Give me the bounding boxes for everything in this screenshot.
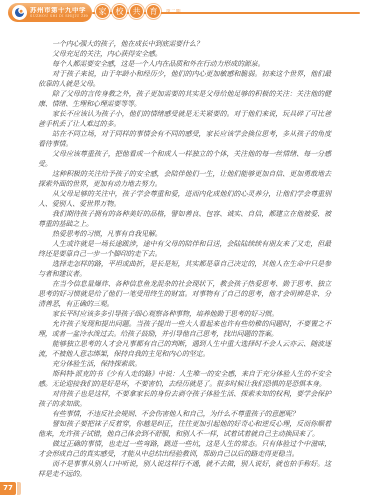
- school-logo-icon: [12, 5, 27, 20]
- article-paragraph: 对待孩子也是这样，不要拿家长的身份去剥夺孩子体验生活、探索未知的权利，要学会保护…: [38, 389, 331, 409]
- page-number-tab: 77: [0, 482, 21, 495]
- article-paragraph: 父母充足的关注，内心获得安全感。: [38, 49, 331, 59]
- article-paragraph: 我们期待孩子拥有的各种美好的品格，譬如善良、包容、诚实、自信，都建立在他被爱、被…: [38, 209, 331, 229]
- article-paragraph: 每个人都需要安全感，这是一个人内在品质和外在行动力形成的源泉。: [38, 59, 331, 69]
- header-motto-badges: 家校共育: [95, 4, 161, 19]
- article-paragraph: 斯科特·派克的书《少有人走的路》中说：人生唯一的安全感，来自于充分体验人生的不安…: [38, 369, 331, 389]
- motto-badge: 校: [112, 4, 127, 19]
- article-paragraph: 家长平时应该多多引导孩子细心观察各种事物，培养他勤于思考的好习惯。: [38, 309, 331, 319]
- article-paragraph: 譬如孩子要把袜子反着穿，你越是纠正，往往更加引起他的好奇心和逆反心理，反而你顺着…: [38, 419, 331, 439]
- article-paragraph: 而不是事事从别人口中听说，别人说这样行不通，就不去做，别人说好，就也拍手称好。这…: [38, 459, 331, 479]
- article-paragraph: 对于孩子来说，由于年龄小和经历少，他们的内心更加敏感和脆弱。初来这个世界，他们最…: [38, 69, 331, 89]
- header-school-banner: 苏州市第十九中学 SUZHOU SHI DI SHIJIU ZHONGXUE: [8, 3, 92, 22]
- article-body: 一个内心强大的孩子，他在成长中到底需要什么？父母充足的关注，内心获得安全感。每个…: [38, 39, 331, 479]
- motto-badge: 共: [129, 4, 144, 19]
- school-name-block: 苏州市第十九中学 SUZHOU SHI DI SHIJIU ZHONGXUE: [30, 7, 88, 19]
- article-paragraph: 选择走怎样的路，平坦或曲折，是长是短，其实都是靠自己决定的，其他人在生命中只是参…: [38, 259, 331, 279]
- motto-badge: 育: [146, 4, 161, 19]
- article-paragraph: 能够独立思考的人才会凡事都有自己的判断，遇到人生中重大选择时不会人云亦云、随波逐…: [38, 339, 331, 359]
- school-name-pinyin: SUZHOU SHI DI SHIJIU ZHONGXUE: [30, 15, 88, 19]
- article-paragraph: 人生或许就是一场长途跋涉，途中有父母的陪伴和目送，会陆陆续续有朋友来了又走，但最…: [38, 239, 331, 259]
- article-paragraph: 一个内心强大的孩子，他在成长中到底需要什么？: [38, 39, 331, 49]
- issue-label: 第二期: [166, 9, 181, 15]
- article-paragraph: 允许孩子发现和提出问题。当孩子提出一些大人看起来也许有些幼稚的问题时，不要置之不…: [38, 319, 331, 339]
- article-paragraph: 站在不同立场，对于同样的事情会有不同的感受，家长应该学会换位思考，多从孩子的角度…: [38, 129, 331, 149]
- article-paragraph: 父母应该尊重孩子，把他看成一个和成人一样独立的个体，关注他的每一丝情绪、每一分感…: [38, 149, 331, 169]
- article-paragraph: 这种积极的关注给予孩子的安全感，会陪伴他们一生，让他们能够更加自信、更加勇敢地去…: [38, 169, 331, 189]
- motto-badge: 家: [95, 4, 110, 19]
- book-page: 苏州市第十九中学 SUZHOU SHI DI SHIJIU ZHONGXUE 家…: [0, 0, 368, 500]
- article-paragraph: 做过正确的事情，也走过一些弯路，跳进一些坑，这是人生的常态。只有体验过个中滋味，…: [38, 439, 331, 459]
- article-paragraph: 热爱思考的习惯，凡事有自我见解。: [38, 229, 331, 239]
- article-paragraph: 家长不应该认为孩子小，他们的情绪感受就是无关紧要的。对于他们来说，玩具碎了可比爸…: [38, 109, 331, 129]
- page-tab-fold: [17, 482, 21, 495]
- page-number: 77: [0, 482, 16, 495]
- article-paragraph: 从父母足够的关注中，孩子学会尊重和爱，进而内化成他们的心灵养分，让他们学会尊重别…: [38, 189, 331, 209]
- school-name: 苏州市第十九中学: [30, 7, 88, 14]
- article-paragraph: 充分体验生活，保持探索欲。: [38, 359, 331, 369]
- article-paragraph: 除了父母的言传身教之外，孩子更加需要的其实是父母给他足够的积极的关注：关注他的健…: [38, 89, 331, 109]
- article-paragraph: 在当今信息量爆炸、各种信息鱼龙混杂的社会现状下，教会孩子热爱思考、勤于思考、独立…: [38, 279, 331, 309]
- article-paragraph: 有些事情，不违反社会规则、不会伤害他人和自己，为什么不尊重孩子的意愿呢？: [38, 409, 331, 419]
